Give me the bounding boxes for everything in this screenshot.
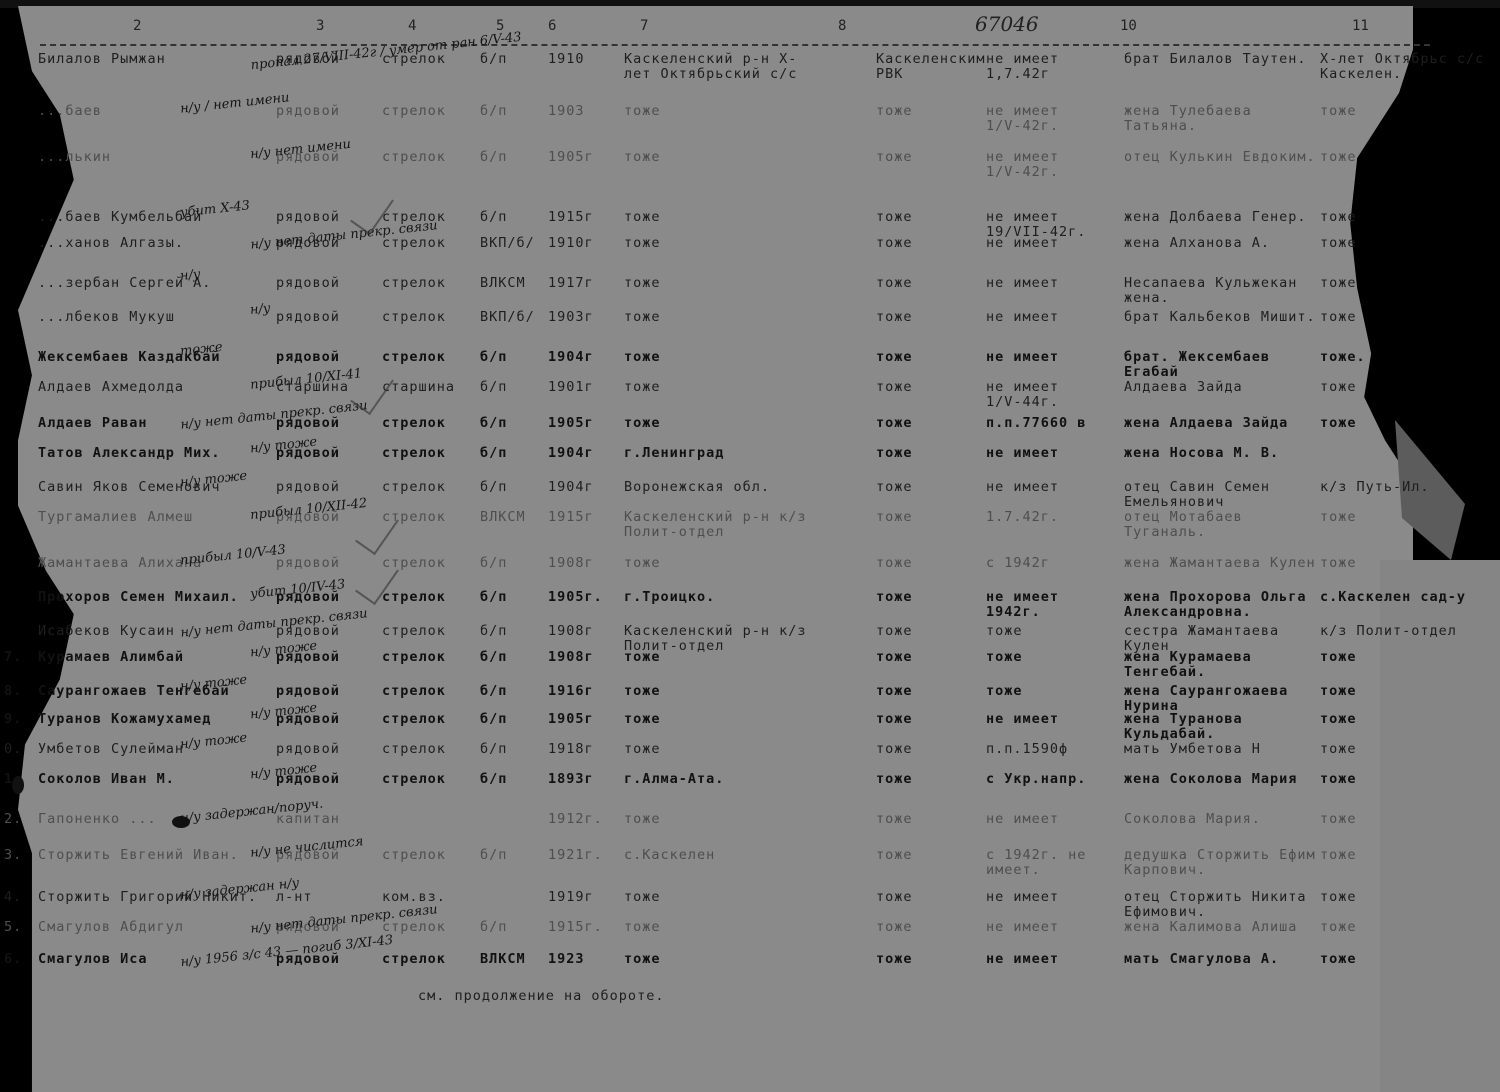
row-address: тоже	[1320, 510, 1357, 525]
row-address: к/з Путь-Ил.	[1320, 480, 1430, 495]
row-born: 1915г	[548, 210, 594, 225]
row-drafted: тоже	[876, 848, 913, 863]
row-address: тоже	[1320, 416, 1357, 431]
row-num: 4.	[4, 890, 22, 905]
row-relative: брат Кальбеков Мишит.	[1124, 310, 1316, 325]
row-position: стрелок	[382, 276, 446, 291]
row-party: б/п	[480, 920, 507, 935]
row-name: Сторжить Евгений Иван.	[38, 848, 239, 863]
row-info: не имеет	[986, 712, 1059, 727]
row-info: не имеет	[986, 890, 1059, 905]
row-name: Туранов Кожамухамед	[38, 712, 211, 727]
row-born: 1905г	[548, 416, 594, 431]
row-position: стрелок	[382, 104, 446, 119]
row-party: б/п	[480, 650, 507, 665]
row-name: ...лькин	[38, 150, 111, 165]
col-header-11: 11	[1352, 18, 1369, 34]
row-relative: жена Алханова А.	[1124, 236, 1270, 251]
col-header-10: 10	[1120, 18, 1137, 34]
row-position: стрелок	[382, 772, 446, 787]
row-info: 1.7.42г.	[986, 510, 1059, 525]
row-info: не имеет	[986, 812, 1059, 827]
row-relative: дедушка Сторжить Ефим Карпович.	[1124, 848, 1324, 878]
row-position: стрелок	[382, 310, 446, 325]
col-header-7: 7	[640, 18, 648, 34]
row-address: тоже	[1320, 276, 1357, 291]
row-name: Гапоненко ...	[38, 812, 157, 827]
row-info: п.п.77660 в	[986, 416, 1086, 431]
col-header-6: 6	[548, 18, 556, 34]
row-party: ВЛКСМ	[480, 952, 526, 967]
row-info: не имеет	[986, 236, 1059, 251]
row-rank: рядовой	[276, 742, 340, 757]
row-num: 6.	[4, 952, 22, 967]
row-position: стрелок	[382, 480, 446, 495]
row-relative: жена Тулебаева Татьяна.	[1124, 104, 1324, 134]
row-address: тоже	[1320, 812, 1357, 827]
row-name: ...баев	[38, 104, 102, 119]
row-info: не имеет 1/V-44г.	[986, 380, 1096, 410]
row-position: стрелок	[382, 848, 446, 863]
row-party: ВКП/б/	[480, 310, 535, 325]
row-birthplace: Каскеленский р-н Х-лет Октябрьский с/с	[624, 52, 824, 82]
row-name: Курамаев Алимбай	[38, 650, 184, 665]
row-name: Смагулов Иса	[38, 952, 148, 967]
col-header-2: 2	[133, 18, 141, 34]
row-drafted: тоже	[876, 712, 913, 727]
row-rank: рядовой	[276, 684, 340, 699]
row-drafted: тоже	[876, 890, 913, 905]
row-drafted: тоже	[876, 350, 913, 365]
row-relative: Алдаева Зайда	[1124, 380, 1243, 395]
row-born: 1915г.	[548, 920, 603, 935]
row-relative: жена Жамантаева Кулен	[1124, 556, 1316, 571]
row-birthplace: тоже	[624, 812, 661, 827]
row-rank: рядовой	[276, 210, 340, 225]
row-party: б/п	[480, 446, 507, 461]
row-party: ВЛКСМ	[480, 510, 526, 525]
row-position: стрелок	[382, 650, 446, 665]
row-address: тоже	[1320, 650, 1357, 665]
row-address: тоже	[1320, 742, 1357, 757]
archive-number-stamp: 67046	[975, 12, 1039, 36]
row-num: 0.	[4, 742, 22, 757]
row-drafted: тоже	[876, 510, 913, 525]
row-drafted: тоже	[876, 812, 913, 827]
row-info: с 1942г	[986, 556, 1050, 571]
row-address: тоже	[1320, 890, 1357, 905]
row-relative: жена Саурангожаева Нурина	[1124, 684, 1324, 714]
row-relative: Соколова Мария.	[1124, 812, 1261, 827]
row-drafted: тоже	[876, 590, 913, 605]
row-name: Тургамалиев Алмеш	[38, 510, 193, 525]
row-address: тоже	[1320, 236, 1357, 251]
row-name: Исабеков Кусаин	[38, 624, 175, 639]
row-drafted: тоже	[876, 446, 913, 461]
col-header-4: 4	[408, 18, 416, 34]
row-party: б/п	[480, 350, 507, 365]
row-num: 5.	[4, 920, 22, 935]
row-name: ...ханов Алгазы.	[38, 236, 184, 251]
row-name: Жамантаева Алихана	[38, 556, 202, 571]
row-birthplace: тоже	[624, 236, 661, 251]
row-birthplace: тоже	[624, 150, 661, 165]
row-drafted: тоже	[876, 480, 913, 495]
row-drafted: тоже	[876, 624, 913, 639]
row-born: 1919г	[548, 890, 594, 905]
row-birthplace: г.Ленинград	[624, 446, 724, 461]
row-birthplace: с.Каскелен	[624, 848, 715, 863]
row-relative: мать Смагулова А.	[1124, 952, 1279, 967]
row-born: 1905г.	[548, 590, 603, 605]
row-relative: жена Носова М. В.	[1124, 446, 1279, 461]
row-birthplace: тоже	[624, 350, 661, 365]
ink-blot	[172, 816, 190, 828]
row-name: Умбетов Сулейман	[38, 742, 184, 757]
row-address: тоже	[1320, 684, 1357, 699]
row-drafted: тоже	[876, 310, 913, 325]
row-info: не имеет 1,7.42г	[986, 52, 1096, 82]
row-name: Алдаев Ахмедолда	[38, 380, 184, 395]
row-birthplace: тоже	[624, 556, 661, 571]
row-birthplace: тоже	[624, 310, 661, 325]
col-header-8: 8	[838, 18, 846, 34]
row-position: стрелок	[382, 742, 446, 757]
row-born: 1912г.	[548, 812, 603, 827]
row-relative: отец Сторжить Никита Ефимович.	[1124, 890, 1324, 920]
row-relative: жена Туранова Кульдабай.	[1124, 712, 1324, 742]
row-birthplace: тоже	[624, 380, 661, 395]
row-rank: рядовой	[276, 350, 340, 365]
row-relative: жена Калимова Алиша	[1124, 920, 1297, 935]
row-address: тоже	[1320, 104, 1357, 119]
row-relative: Несапаева Кульжекан жена.	[1124, 276, 1324, 306]
row-rank: рядовой	[276, 556, 340, 571]
row-birthplace: тоже	[624, 104, 661, 119]
col-header-3: 3	[316, 18, 324, 34]
row-born: 1905г	[548, 712, 594, 727]
row-birthplace: тоже	[624, 416, 661, 431]
row-relative: жена Прохорова Ольга Александровна.	[1124, 590, 1324, 620]
row-position: стрелок	[382, 416, 446, 431]
row-rank: рядовой	[276, 276, 340, 291]
row-info: с 1942г. не имеет.	[986, 848, 1096, 878]
row-position: стрелок	[382, 952, 446, 967]
row-relative: брат Билалов Таутен.	[1124, 52, 1307, 67]
row-party: б/п	[480, 380, 507, 395]
row-rank: рядовой	[276, 480, 340, 495]
row-address: тоже	[1320, 848, 1357, 863]
row-address: тоже.	[1320, 350, 1366, 365]
row-address: тоже	[1320, 772, 1357, 787]
row-party: б/п	[480, 556, 507, 571]
row-address: Х-лет Октябрьс с/с Каскелен.	[1320, 52, 1495, 82]
row-born: 1910	[548, 52, 585, 67]
row-name: Татов Александр Мих.	[38, 446, 221, 461]
row-name: Алдаев Раван	[38, 416, 148, 431]
row-birthplace: тоже	[624, 650, 661, 665]
row-born: 1918г	[548, 742, 594, 757]
row-birthplace: тоже	[624, 920, 661, 935]
row-position: стрелок	[382, 236, 446, 251]
row-info: тоже	[986, 684, 1023, 699]
row-address: тоже	[1320, 210, 1357, 225]
row-party: б/п	[480, 480, 507, 495]
row-info: не имеет	[986, 310, 1059, 325]
row-party: ВКП/б/	[480, 236, 535, 251]
row-birthplace: Воронежская обл.	[624, 480, 770, 495]
row-born: 1901г	[548, 380, 594, 395]
row-drafted: тоже	[876, 210, 913, 225]
row-born: 1904г	[548, 446, 594, 461]
row-born: 1908г	[548, 650, 594, 665]
row-info: не имеет	[986, 276, 1059, 291]
ink-blot	[12, 776, 24, 794]
row-born: 1893г	[548, 772, 594, 787]
row-name: ...бaев Кумбельбай	[38, 210, 202, 225]
row-born: 1921г.	[548, 848, 603, 863]
row-drafted: тоже	[876, 150, 913, 165]
row-party: б/п	[480, 684, 507, 699]
row-birthplace: тоже	[624, 952, 661, 967]
row-address: тоже	[1320, 150, 1357, 165]
row-drafted: тоже	[876, 742, 913, 757]
row-position: стрелок	[382, 712, 446, 727]
header-divider	[40, 44, 1430, 46]
row-party: ВЛКСМ	[480, 276, 526, 291]
column-header-row: 2 3 4 5 6 7 8 10 11	[0, 10, 1500, 40]
row-party: б/п	[480, 590, 507, 605]
row-name: Соколов Иван М.	[38, 772, 175, 787]
row-born: 1905г	[548, 150, 594, 165]
row-party: б/п	[480, 742, 507, 757]
row-address: тоже	[1320, 920, 1357, 935]
document-page-lower-right	[1380, 560, 1500, 1092]
row-position: стрелок	[382, 590, 446, 605]
row-born: 1903г	[548, 310, 594, 325]
row-relative: жена Алдаева Зайда	[1124, 416, 1288, 431]
row-born: 1903	[548, 104, 585, 119]
row-relative: отец Савин Семен Емельянович	[1124, 480, 1324, 510]
row-info: не имеет	[986, 350, 1059, 365]
row-address: тоже	[1320, 380, 1357, 395]
row-position: стрелок	[382, 684, 446, 699]
row-relative: брат. Жексембаев Егабай	[1124, 350, 1324, 380]
row-position: старшина	[382, 380, 455, 395]
row-rank: рядовой	[276, 104, 340, 119]
row-party: б/п	[480, 210, 507, 225]
row-name: Билалов Рымжан	[38, 52, 166, 67]
row-party: б/п	[480, 712, 507, 727]
row-relative: жена Долбаева Генер.	[1124, 210, 1307, 225]
row-birthplace: Каскеленский р-н к/з Полит-отдел	[624, 510, 824, 540]
row-birthplace: г.Троицко.	[624, 590, 715, 605]
row-info: с Укр.напр.	[986, 772, 1086, 787]
row-party: б/п	[480, 416, 507, 431]
row-address: тоже	[1320, 556, 1357, 571]
row-drafted: тоже	[876, 772, 913, 787]
row-info: не имеет	[986, 920, 1059, 935]
row-position: стрелок	[382, 150, 446, 165]
row-num: 3.	[4, 848, 22, 863]
row-num: 7.	[4, 650, 22, 665]
row-birthplace: г.Алма-Ата.	[624, 772, 724, 787]
row-address: тоже	[1320, 310, 1357, 325]
row-info: не имеет 1/V-42г.	[986, 104, 1096, 134]
handwritten-annotation: н/у	[249, 301, 271, 318]
row-info: не имеет	[986, 952, 1059, 967]
row-address: тоже	[1320, 952, 1357, 967]
row-drafted: тоже	[876, 684, 913, 699]
row-num: 9.	[4, 712, 22, 727]
footer-note: см. продолжение на обороте.	[418, 988, 664, 1004]
row-drafted: тоже	[876, 416, 913, 431]
row-drafted: тоже	[876, 236, 913, 251]
row-rank: рядовой	[276, 310, 340, 325]
row-drafted: тоже	[876, 276, 913, 291]
row-born: 1916г	[548, 684, 594, 699]
row-born: 1917г	[548, 276, 594, 291]
row-drafted: тоже	[876, 104, 913, 119]
row-relative: жена Курамаева Тенгебай.	[1124, 650, 1324, 680]
row-num: 2.	[4, 812, 22, 827]
row-address: к/з Полит-отдел	[1320, 624, 1457, 639]
row-birthplace: тоже	[624, 742, 661, 757]
row-born: 1908г	[548, 624, 594, 639]
row-name: ...лбеков Мукуш	[38, 310, 175, 325]
row-party: б/п	[480, 104, 507, 119]
row-position: стрелок	[382, 446, 446, 461]
row-position: стрелок	[382, 350, 446, 365]
row-drafted: тоже	[876, 380, 913, 395]
row-born: 1923	[548, 952, 585, 967]
row-drafted: Каскеленским РВК	[876, 52, 966, 82]
row-info: не имеет 1942г.	[986, 590, 1096, 620]
row-born: 1910г	[548, 236, 594, 251]
row-born: 1908г	[548, 556, 594, 571]
row-relative: отец Кулькин Евдоким.	[1124, 150, 1316, 165]
row-info: не имеет 1/V-42г.	[986, 150, 1096, 180]
row-address: тоже	[1320, 712, 1357, 727]
row-num: 8.	[4, 684, 22, 699]
row-drafted: тоже	[876, 952, 913, 967]
row-party: б/п	[480, 52, 507, 67]
row-birthplace: тоже	[624, 712, 661, 727]
row-address: с.Каскелен сад-у	[1320, 590, 1466, 605]
row-drafted: тоже	[876, 920, 913, 935]
row-born: 1915г	[548, 510, 594, 525]
row-info: тоже	[986, 650, 1023, 665]
row-party: б/п	[480, 772, 507, 787]
row-birthplace: тоже	[624, 890, 661, 905]
row-name: Прохоров Семен Михаил.	[38, 590, 239, 605]
row-info: п.п.1590ф	[986, 742, 1068, 757]
handwritten-annotation: н/у	[179, 267, 201, 284]
row-name: Смагулов Абдигул	[38, 920, 184, 935]
row-info: тоже	[986, 624, 1023, 639]
row-relative: жена Соколова Мария	[1124, 772, 1297, 787]
row-party: б/п	[480, 150, 507, 165]
row-drafted: тоже	[876, 556, 913, 571]
row-relative: мать Умбетова Н	[1124, 742, 1261, 757]
row-born: 1904г	[548, 350, 594, 365]
row-position: стрелок	[382, 624, 446, 639]
row-birthplace: тоже	[624, 210, 661, 225]
row-drafted: тоже	[876, 650, 913, 665]
row-relative: отец Мотабаев Туганаль.	[1124, 510, 1324, 540]
row-party: б/п	[480, 848, 507, 863]
row-birthplace: тоже	[624, 276, 661, 291]
row-info: не имеет	[986, 480, 1059, 495]
row-party: б/п	[480, 624, 507, 639]
row-info: не имеет	[986, 446, 1059, 461]
row-born: 1904г	[548, 480, 594, 495]
row-birthplace: тоже	[624, 684, 661, 699]
